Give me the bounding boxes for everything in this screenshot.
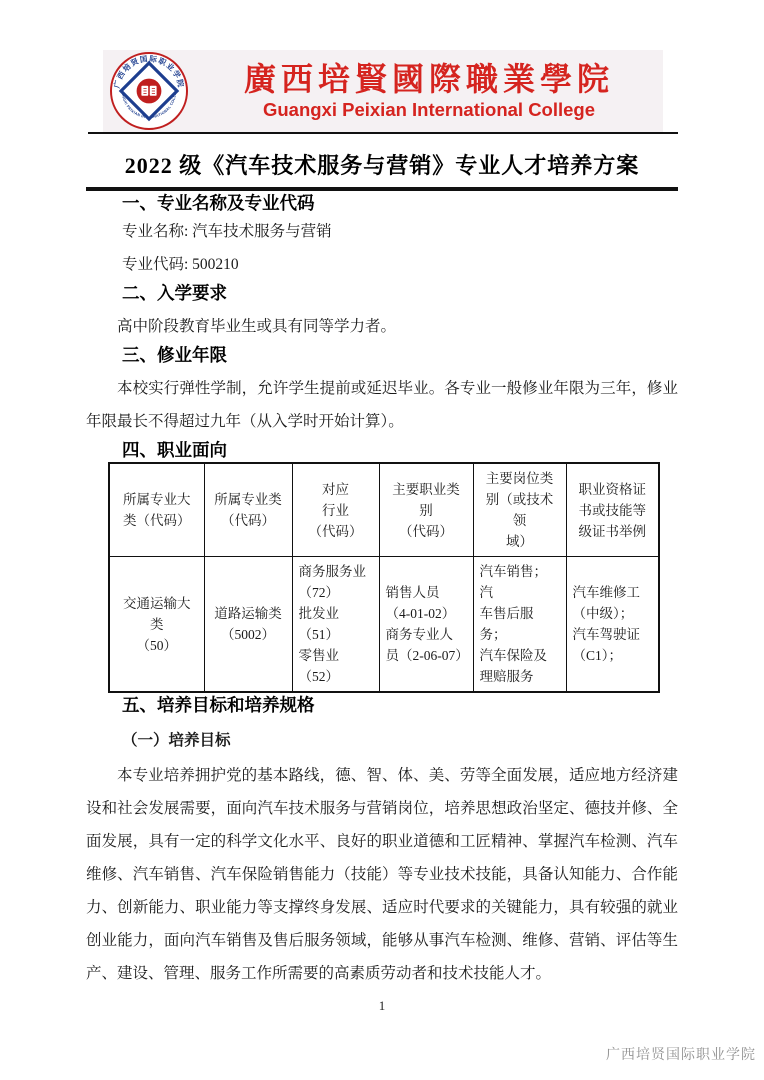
section-5-heading: 五、培养目标和培养规格: [122, 693, 678, 717]
cell-post-category: 汽车销售；汽 车售后服务； 汽车保险及 理赔服务: [473, 557, 566, 693]
career-orientation-table: 所属专业大 类（代码） 所属专业类 （代码） 对应 行业 （代码） 主要职业类 …: [108, 462, 660, 693]
college-name-zh: 廣西培賢國際職業學院: [201, 60, 657, 98]
section-5-subheading: （一）培养目标: [122, 727, 678, 754]
table-header-occupation: 主要职业类 别 （代码）: [379, 463, 473, 557]
header-divider-rule: [88, 132, 678, 134]
document-title: 2022 级《汽车技术服务与营销》专业人才培养方案: [86, 150, 678, 182]
table-header-major-category: 所属专业大 类（代码）: [109, 463, 204, 557]
admission-requirement-paragraph: 高中阶段教育毕业生或具有同等学力者。: [86, 310, 678, 343]
cell-industry: 商务服务业 （72） 批发业（51） 零售业（52）: [292, 557, 379, 693]
college-names: 廣西培賢國際職業學院 Guangxi Peixian International…: [201, 60, 663, 122]
table-data-row: 交通运输大 类 （50） 道路运输类 （5002） 商务服务业 （72） 批发业…: [109, 557, 659, 693]
major-code-line: 专业代码: 500210: [122, 248, 678, 281]
page-number: 1: [0, 998, 764, 1014]
table-header-major-class: 所属专业类 （代码）: [204, 463, 292, 557]
section-3-heading: 三、修业年限: [122, 343, 678, 367]
college-name-en: Guangxi Peixian International College: [201, 98, 657, 122]
college-seal-icon: 广西培贤国际职业学院 GUANGXI PEIXIAN INTERNATIONAL…: [109, 51, 189, 131]
header-band: 广西培贤国际职业学院 GUANGXI PEIXIAN INTERNATIONAL…: [103, 50, 663, 132]
major-name-line: 专业名称: 汽车技术服务与营销: [122, 215, 678, 248]
cell-major-category: 交通运输大 类 （50）: [109, 557, 204, 693]
document-body: 2022 级《汽车技术服务与营销》专业人才培养方案 一、专业名称及专业代码 专业…: [86, 150, 678, 990]
footer-watermark: 广西培贤国际职业学院: [606, 1044, 756, 1064]
table-header-row: 所属专业大 类（代码） 所属专业类 （代码） 对应 行业 （代码） 主要职业类 …: [109, 463, 659, 557]
cell-certificates: 汽车维修工 （中级）； 汽车驾驶证 （C1）；: [566, 557, 659, 693]
cell-occupation: 销售人员 （4-01-02） 商务专业人 员（2-06-07）: [379, 557, 473, 693]
study-duration-paragraph: 本校实行弹性学制，允许学生提前或延迟毕业。各专业一般修业年限为三年，修业年限最长…: [86, 372, 678, 438]
table-header-industry: 对应 行业 （代码）: [292, 463, 379, 557]
section-1-heading: 一、专业名称及专业代码: [122, 191, 678, 215]
cell-major-class: 道路运输类 （5002）: [204, 557, 292, 693]
table-header-post-category: 主要岗位类 别（或技术领 域）: [473, 463, 566, 557]
document-page: 广西培贤国际职业学院 GUANGXI PEIXIAN INTERNATIONAL…: [0, 0, 764, 1080]
training-objective-paragraph: 本专业培养拥护党的基本路线，德、智、体、美、劳等全面发展，适应地方经济建设和社会…: [86, 759, 678, 990]
section-4-heading: 四、职业面向: [122, 438, 678, 462]
table-header-certificates: 职业资格证 书或技能等 级证书举例: [566, 463, 659, 557]
section-2-heading: 二、入学要求: [122, 281, 678, 305]
